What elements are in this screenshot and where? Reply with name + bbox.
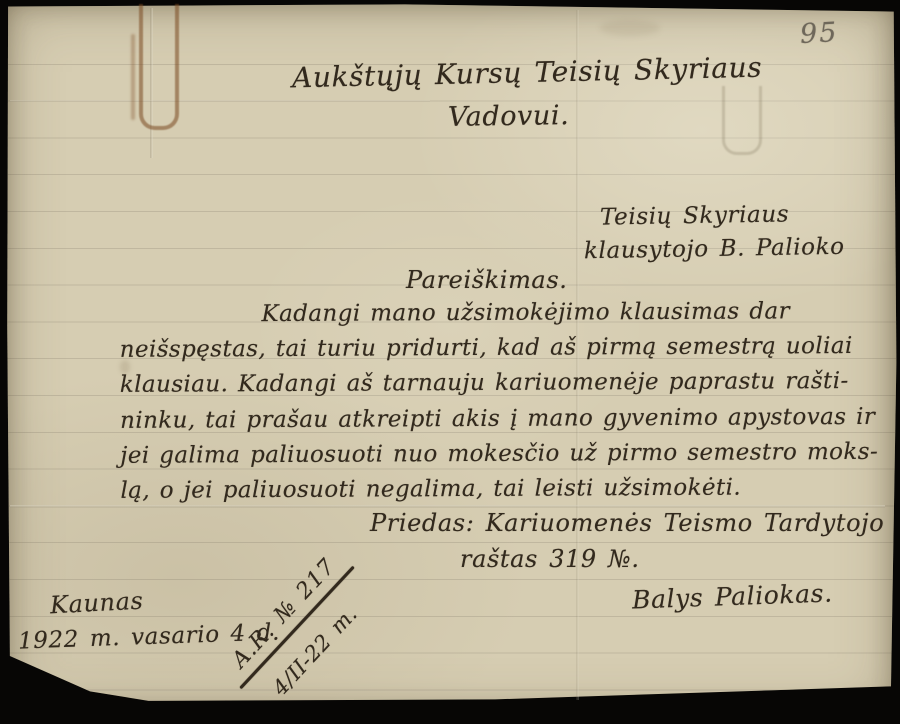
horizontal-crease-top xyxy=(10,100,430,102)
body-line: ninku, tai prašau atkreipti akis į mano … xyxy=(120,404,820,443)
scanned-letter-photo: 95 Aukštųjų Kursų Teisių Skyriaus Vadovu… xyxy=(0,0,900,724)
body-line: jei galima paliuosuoti nuo mokesčio už p… xyxy=(120,439,820,478)
paper-stain xyxy=(600,20,660,36)
body-line: klausiau. Kadangi aš tarnauju kariuomenė… xyxy=(120,369,820,408)
sender-line1: Teisių Skyriaus xyxy=(600,201,790,230)
sender-line2: klausytojo B. Palioko xyxy=(584,234,845,265)
body-line: lą, o jei paliuosuoti negalima, tai leis… xyxy=(120,474,820,513)
attachment-line1: Priedas: Kariuomenės Teismo Tardytojo xyxy=(370,509,884,537)
archive-page-number: 95 xyxy=(799,17,839,50)
recipient-header-line2: Vadovui. xyxy=(448,100,570,133)
body-line: Kadangi mano užsimokėjimo klausimas dar xyxy=(119,298,819,337)
letter-body: Kadangi mano užsimokėjimo klausimas dar … xyxy=(119,298,820,513)
attachment-line2: raštas 319 №. xyxy=(460,545,640,573)
letter-title: Pareiškimas. xyxy=(406,266,567,294)
faint-paperclip-impression-icon xyxy=(722,86,762,155)
place-line: Kaunas xyxy=(49,587,144,620)
rusty-paperclip-mark-icon xyxy=(139,4,179,130)
body-line: neišspęstas, tai turiu pridurti, kad aš … xyxy=(120,333,820,372)
